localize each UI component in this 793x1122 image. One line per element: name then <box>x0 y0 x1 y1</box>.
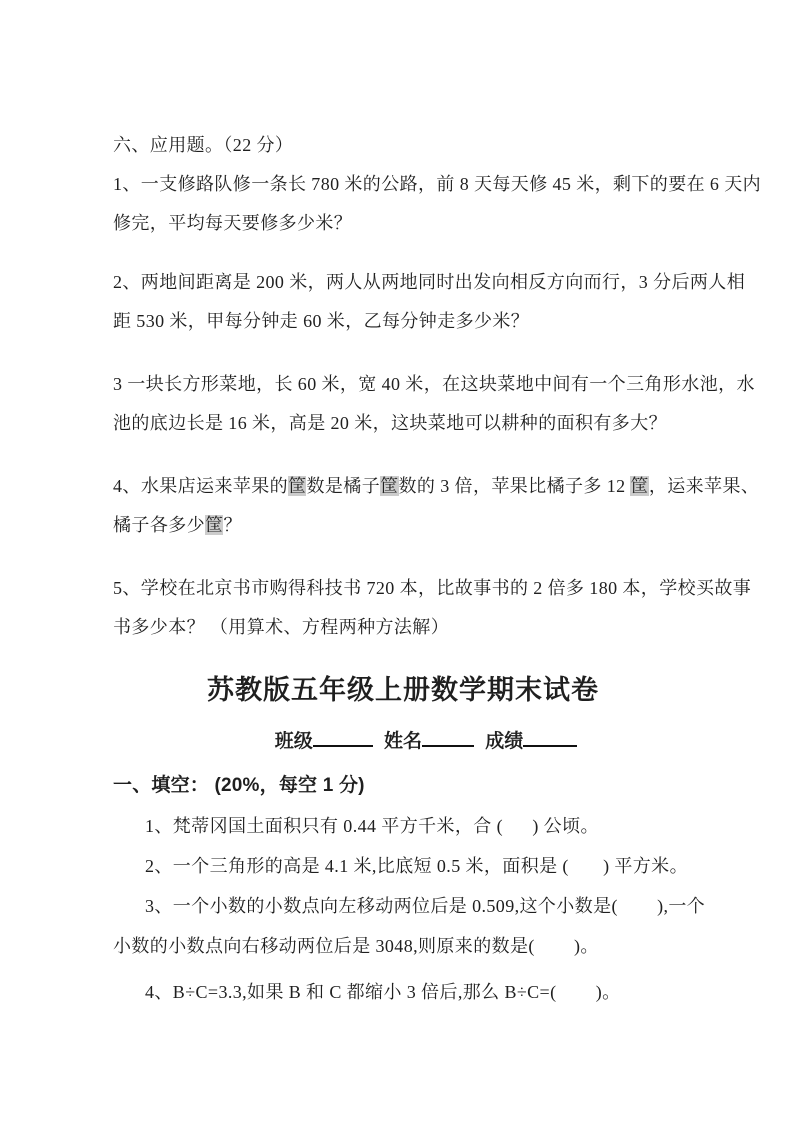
fill-section-heading: 一、填空： (20%，每空 1 分) <box>113 766 693 806</box>
applied-q1-line1: 1、一支修路队修一条长 780 米的公路，前 8 天每天修 45 米，剩下的要在… <box>113 165 693 204</box>
name-field-label: 姓名 <box>384 731 422 752</box>
applied-q5-line2: 书多少本？ （用算术、方程两种方法解） <box>113 608 693 647</box>
applied-q4-line1: 4、水果店运来苹果的筐数是橘子筐数的 3 倍，苹果比橘子多 12 筐，运来苹果、 <box>113 467 693 506</box>
score-blank-line <box>523 730 577 747</box>
applied-q3-line1: 3 一块长方形菜地，长 60 米，宽 40 米，在这块菜地中间有一个三角形水池，… <box>113 365 693 404</box>
applied-q5-line1: 5、学校在北京书市购得科技书 720 本，比故事书的 2 倍多 180 本，学校… <box>113 569 693 608</box>
name-field: 姓名 <box>384 731 474 752</box>
fill-q3-line1: 3、一个小数的小数点向左移动两位后是 0.509,这个小数是( ),一个 <box>113 886 693 926</box>
name-blank-line <box>422 730 474 747</box>
page-content: 六、应用题。（22 分） 1、一支修路队修一条长 780 米的公路，前 8 天每… <box>0 0 793 1012</box>
applied-q2-line1: 2、两地间距离是 200 米，两人从两地同时出发向相反方向而行，3 分后两人相 <box>113 263 693 302</box>
exam-title: 苏教版五年级上册数学期末试卷 <box>113 667 693 713</box>
class-blank-line <box>313 730 373 747</box>
fill-q2-line: 2、一个三角形的高是 4.1 米,比底短 0.5 米，面积是 ( ) 平方米。 <box>113 846 693 886</box>
applied-section-heading: 六、应用题。（22 分） <box>113 126 693 165</box>
fill-q3-line2: 小数的小数点向右移动两位后是 3048,则原来的数是( )。 <box>113 926 693 966</box>
exam-paper-page: 六、应用题。（22 分） 1、一支修路队修一条长 780 米的公路，前 8 天每… <box>0 0 793 1122</box>
fill-blank-section: 一、填空： (20%，每空 1 分) 1、梵蒂冈国土面积只有 0.44 平方千米… <box>113 766 693 1012</box>
exam-info-line: 班级 姓名 成绩 <box>136 727 716 757</box>
applied-q4-line2: 橘子各多少筐？ <box>113 506 693 545</box>
score-field: 成绩 <box>485 731 577 752</box>
class-field: 班级 <box>275 731 373 752</box>
score-field-label: 成绩 <box>485 731 523 752</box>
fill-q1-line: 1、梵蒂冈国土面积只有 0.44 平方千米，合 ( ) 公顷。 <box>113 806 693 846</box>
applied-q2-line2: 距 530 米，甲每分钟走 60 米，乙每分钟走多少米？ <box>113 302 693 341</box>
applied-q1-line2: 修完，平均每天要修多少米？ <box>113 204 693 243</box>
class-field-label: 班级 <box>275 731 313 752</box>
applied-q3-line2: 池的底边长是 16 米，高是 20 米，这块菜地可以耕种的面积有多大？ <box>113 404 693 443</box>
fill-q4-line: 4、B÷C=3.3,如果 B 和 C 都缩小 3 倍后,那么 B÷C=( )。 <box>113 972 693 1012</box>
